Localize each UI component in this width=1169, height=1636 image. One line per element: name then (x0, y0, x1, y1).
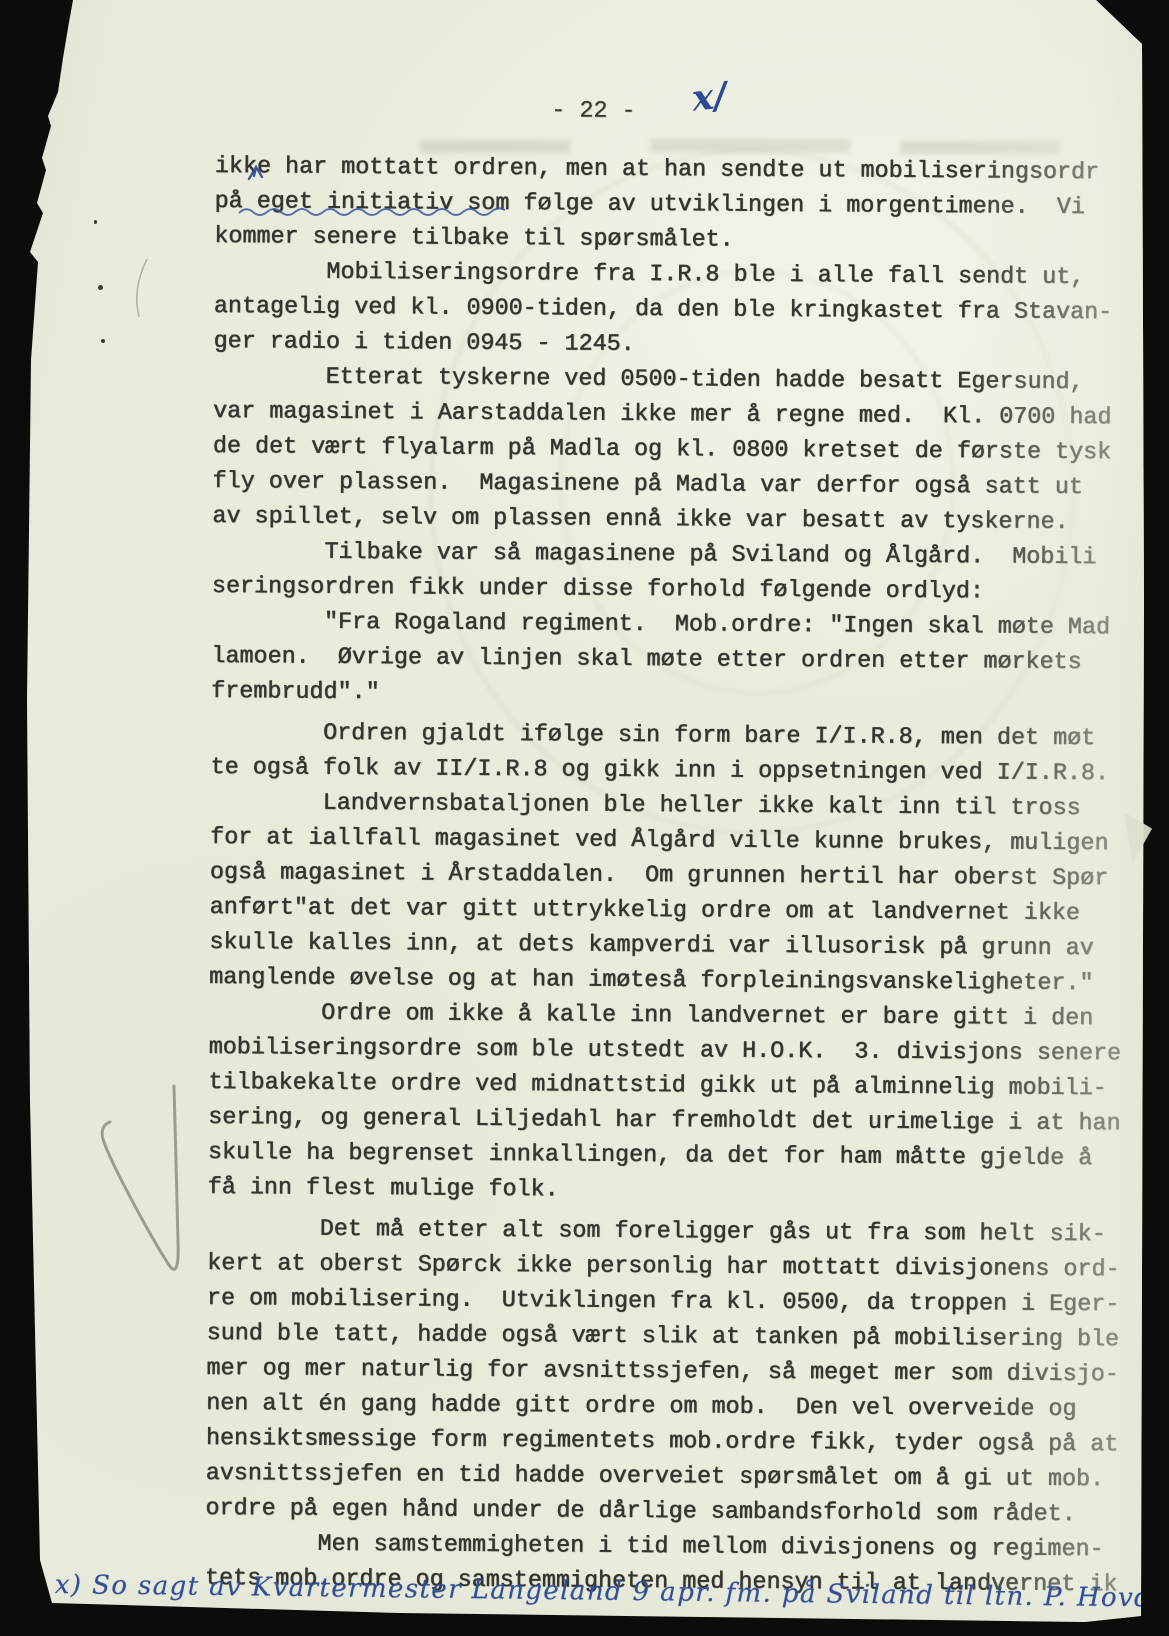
scanned-document-page: - 22 - ikke har mottatt ordren, men at h… (0, 0, 1169, 1636)
paper-sheet: - 22 - ikke har mottatt ordren, men at h… (0, 0, 1169, 1636)
page-number: - 22 - (551, 98, 635, 125)
ink-speck (94, 220, 97, 224)
typewritten-line: få inn flest mulige folk. (208, 1171, 1121, 1212)
ink-speck (101, 339, 105, 343)
handwritten-header-mark: x/ (690, 74, 729, 119)
typewritten-text-block: ikke har mottatt ordren, men at han send… (205, 150, 1127, 1603)
ink-speck (98, 285, 103, 290)
typewritten-line: frembrudd"." (211, 675, 1124, 716)
typewritten-layer: - 22 - ikke har mottatt ordren, men at h… (0, 0, 1169, 1636)
